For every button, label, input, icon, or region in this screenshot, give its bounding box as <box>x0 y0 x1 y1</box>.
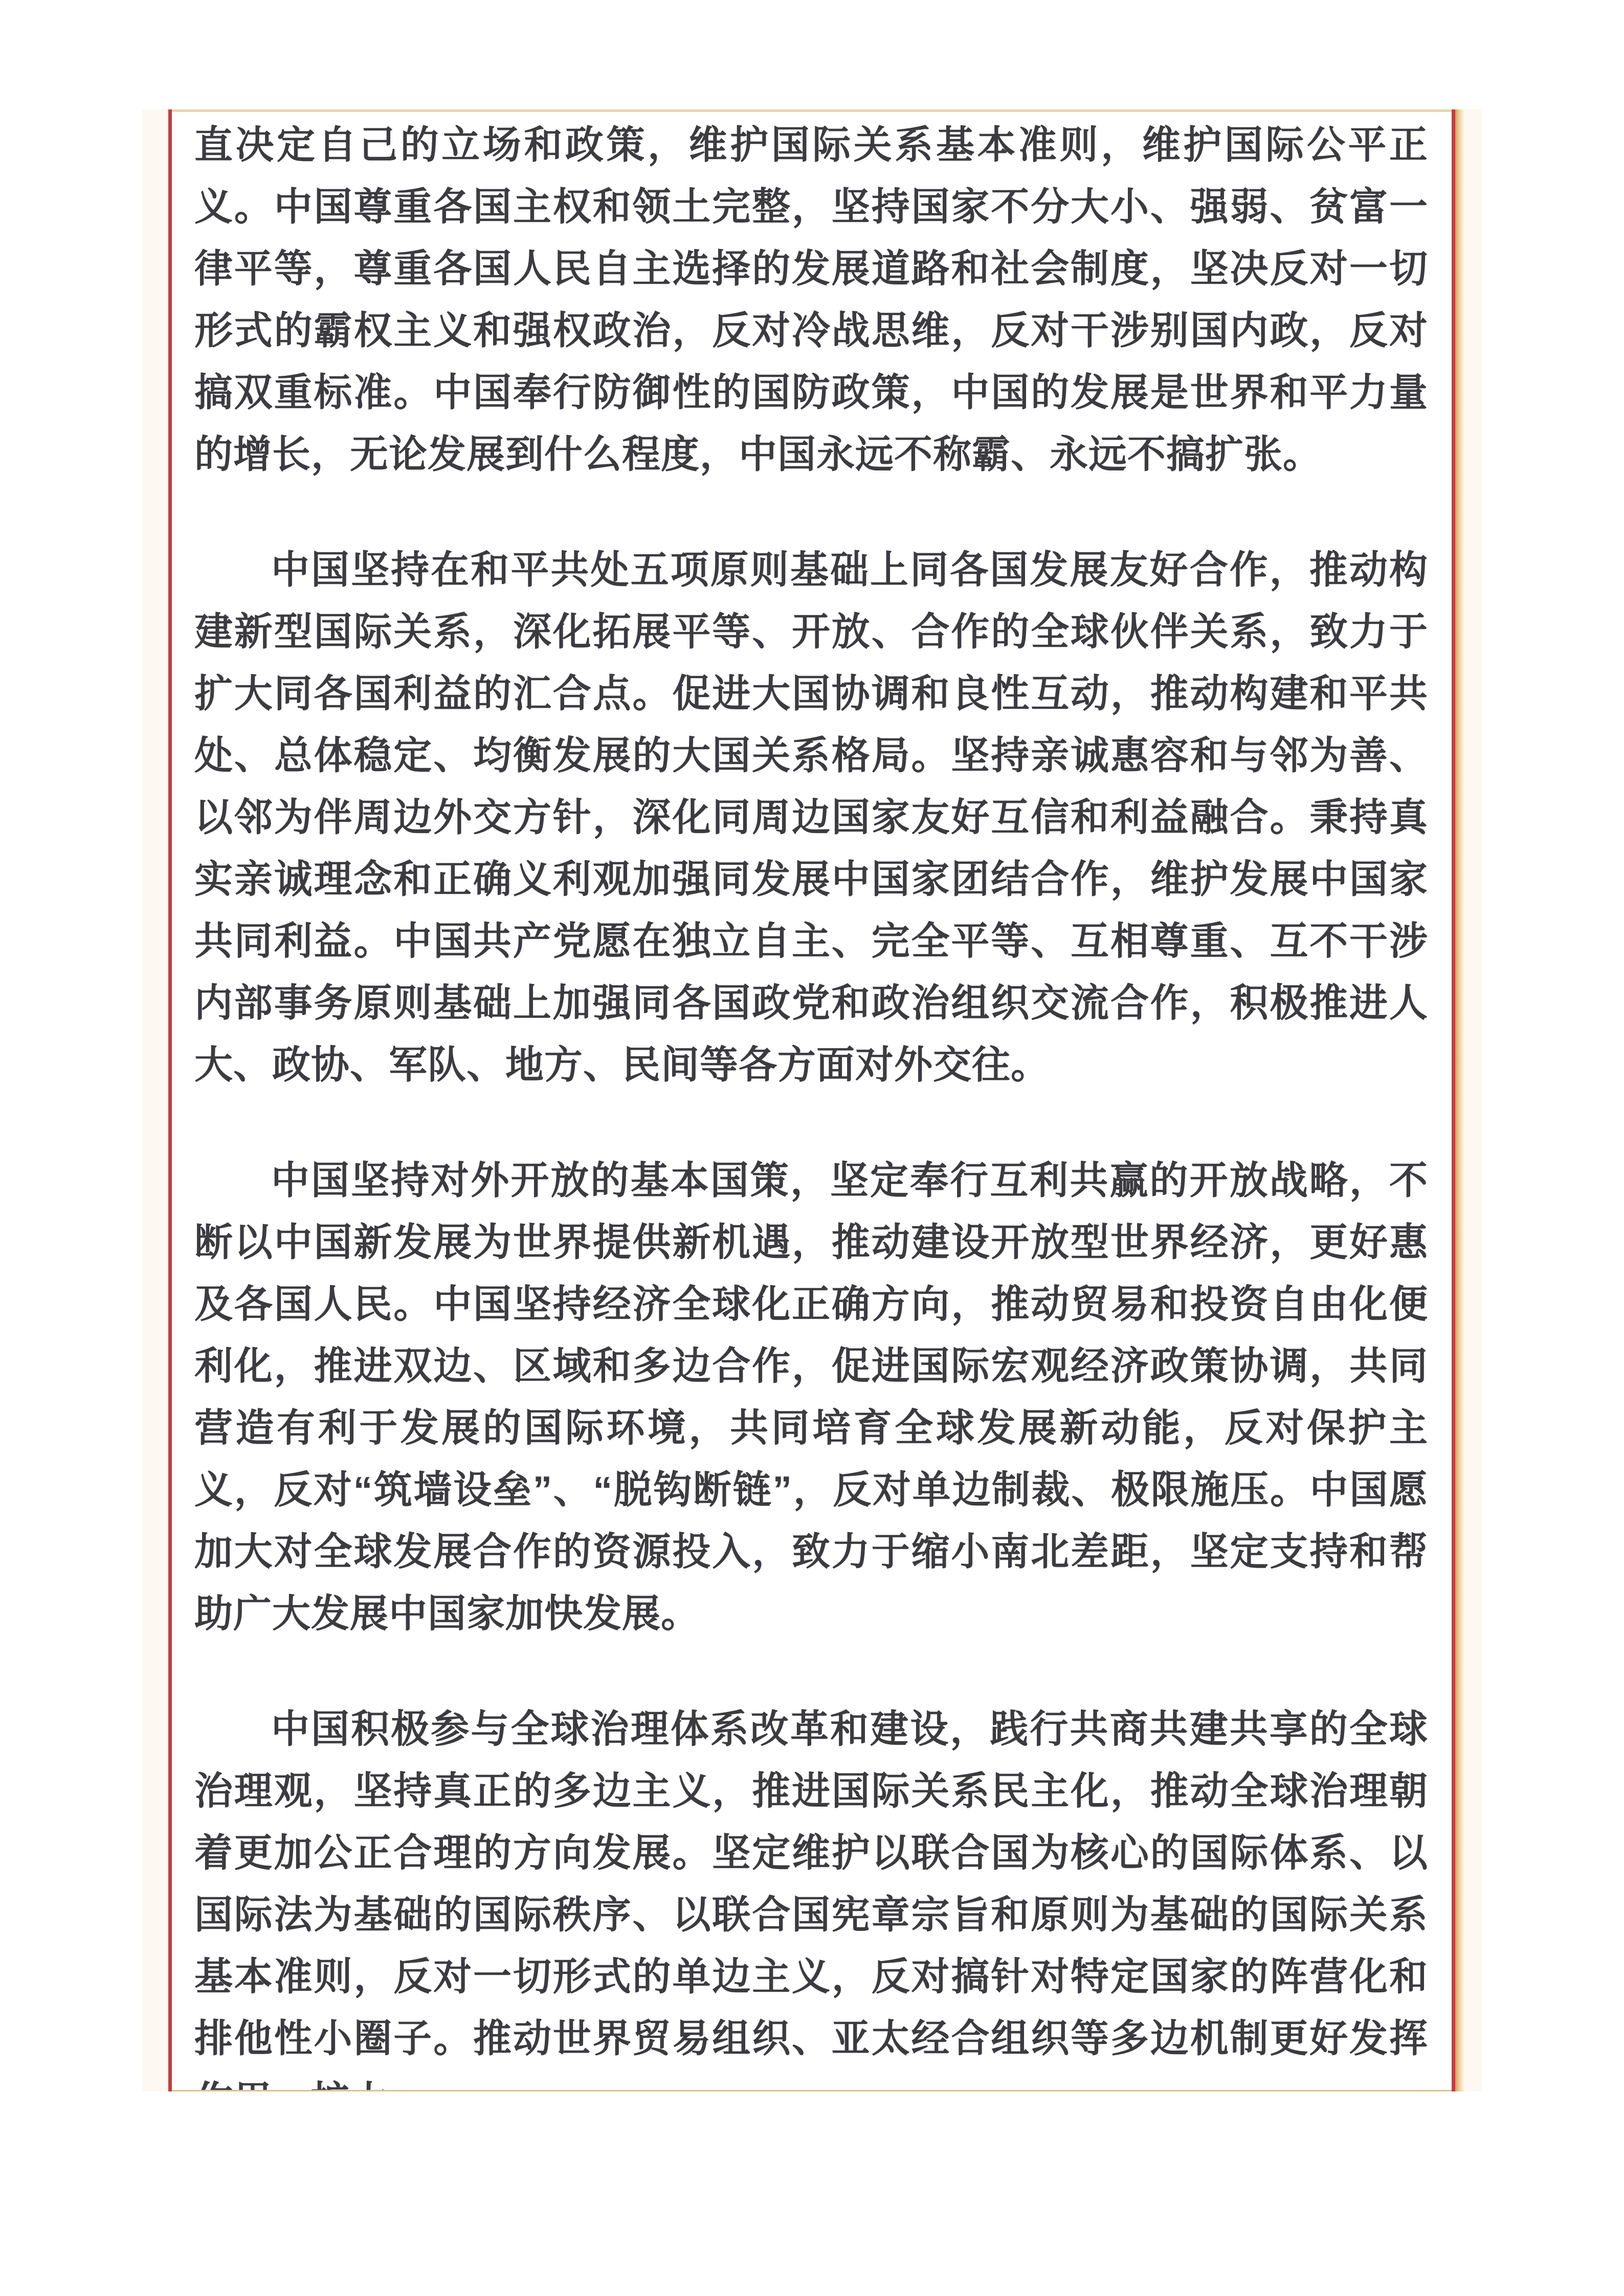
article-body: 直决定自己的立场和政策，维护国际关系基本准则，维护国际公平正义。中国尊重各国主权… <box>172 112 1452 2091</box>
article-card: 直决定自己的立场和政策，维护国际关系基本准则，维护国际公平正义。中国尊重各国主权… <box>142 109 1482 2091</box>
paragraph: 直决定自己的立场和政策，维护国际关系基本准则，维护国际公平正义。中国尊重各国主权… <box>194 114 1428 485</box>
page: 直决定自己的立场和政策，维护国际关系基本准则，维护国际公平正义。中国尊重各国主权… <box>0 0 1624 2296</box>
paragraph: 中国坚持对外开放的基本国策，坚定奉行互利共赢的开放战略，不断以中国新发展为世界提… <box>194 1150 1428 1645</box>
paragraph: 中国积极参与全球治理体系改革和建设，践行共商共建共享的全球治理观，坚持真正的多边… <box>194 1698 1428 2091</box>
gold-shadow-strip <box>1455 109 1464 2091</box>
right-red-rule <box>1452 109 1455 2091</box>
article-content-box: 直决定自己的立场和政策，维护国际关系基本准则，维护国际公平正义。中国尊重各国主权… <box>172 109 1452 2091</box>
left-red-rule <box>168 109 172 2091</box>
paragraph: 中国坚持在和平共处五项原则基础上同各国发展友好合作，推动构建新型国际关系，深化拓… <box>194 539 1428 1096</box>
